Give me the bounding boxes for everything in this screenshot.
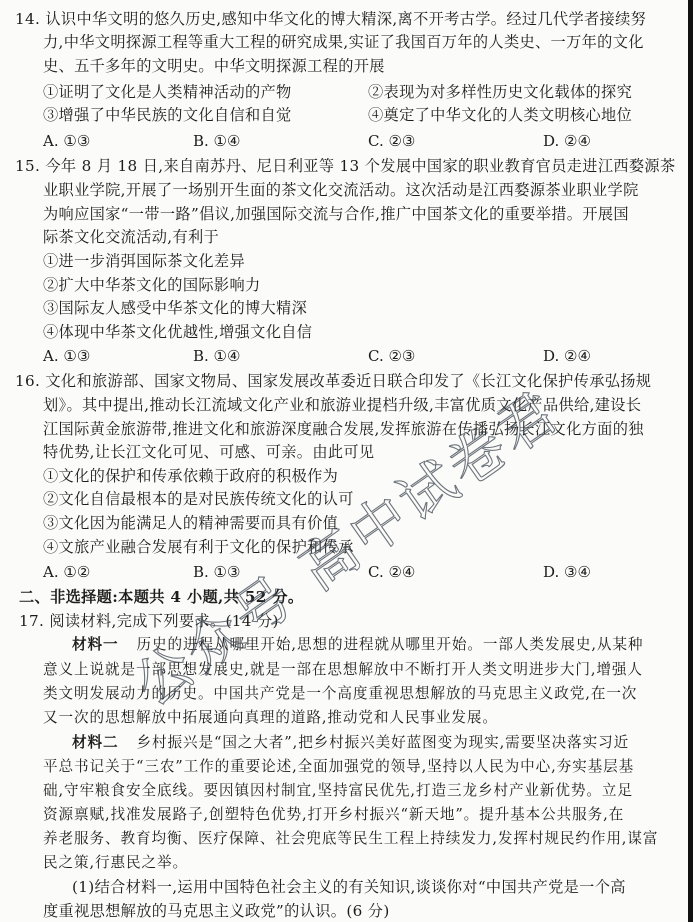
question-14-answer-b: B. ①④ [193, 130, 240, 152]
question-15-answer-b: B. ①④ [193, 345, 240, 367]
question-16-answer-d: D. ③④ [543, 561, 591, 583]
page-edge-border [688, 0, 693, 922]
question-15-stem-line: 业职业学院,开展了一场别开生面的茶文化交流活动。这次活动是江西婺源茶业职业学院 [43, 179, 639, 201]
material-2-line: 平总书记关于“三农”工作的重要论述,全面加强党的领导,坚持以人民为中心,夯实基层… [43, 756, 634, 778]
question-14-answer-d: D. ②④ [543, 130, 591, 152]
question-16-option-1: ①文化的保护和传承依赖于政府的积极作为 [43, 465, 338, 487]
question-15-option-1: ①进一步消弭国际茶文化差异 [43, 250, 245, 272]
question-15-option-4: ④体现中华茶文化优越性,增强文化自信 [43, 321, 312, 343]
question-14-stem-line: 14. 认识中华文明的悠久历史,感知中华文化的博大精深,离不开考古学。经过几代学… [15, 8, 646, 30]
material-2-label: 材料二 [72, 734, 118, 751]
material-2-line: 养老服务、教育均衡、医疗保障、社会兜底等民生工程上持续发力,发挥村规民约作用,谋… [43, 828, 658, 850]
question-17-title: 17. 阅读材料,完成下列要求。(14 分) [19, 610, 279, 632]
question-15-option-3: ③国际友人感受中华茶文化的博大精深 [43, 297, 307, 319]
material-1-line: 历史的进程从哪里开始,思想的进程就从哪里开始。一部人类发展史,从某种 [136, 636, 643, 653]
material-2-line: 资源禀赋,找准发展路子,创塑特色优势,打开乡村振兴“新天地”。提升基本公共服务,… [43, 804, 624, 826]
question-14-option-3: ③增强了中华民族的文化自信和自觉 [43, 104, 292, 126]
material-1-line: 意义上说就是一部思想发展史,就是一部在思想解放中不断打开人类文明进步大门,增强人 [43, 659, 643, 681]
sub-question-1-line: (1)结合材料一,运用中国特色社会主义的有关知识,谈谈你对“中国共产党是一个高 [72, 876, 626, 898]
question-16-stem-line: 特优势,让长江文化可见、可感、可亲。由此可见 [43, 441, 374, 463]
section-heading: 二、非选择题:本题共 4 小题,共 52 分。 [19, 586, 303, 608]
question-15-stem-line: 为响应国家“一带一路”倡议,加强国际交流与合作,推广中国茶文化的重要举措。开展国 [43, 203, 629, 225]
question-16-stem-line: 江国际黄金旅游带,推进文化和旅游深度融合发展,发挥旅游在传播弘扬长江文化方面的独 [43, 418, 644, 440]
material-1-line: 类文明发展动力的历史。中国共产党是一个高度重视思想解放的马克思主义政党,在一次 [43, 683, 637, 705]
question-15-option-2: ②扩大中华茶文化的国际影响力 [43, 274, 261, 296]
exam-page: 14. 认识中华文明的悠久历史,感知中华文化的博大精深,离不开考古学。经过几代学… [0, 0, 688, 922]
question-16-answer-b: B. ①③ [193, 561, 240, 583]
question-14-stem-line: 史、五千多年的文明史。中华文明探源工程的开展 [43, 55, 385, 77]
question-16-answer-c: C. ②④ [368, 561, 415, 583]
question-14-answer-c: C. ②③ [368, 130, 415, 152]
question-15-stem-line: 15. 今年 8 月 18 日,来自南苏丹、尼日利亚等 13 个发展中国家的职业… [15, 155, 676, 177]
question-16-stem-line: 16. 文化和旅游部、国家文物局、国家发展改革委近日联合印发了《长江文化保护传承… [15, 370, 651, 392]
question-14-answer-a: A. ①③ [43, 130, 90, 152]
question-14-stem-line: 力,中华文明探源工程等重大工程的研究成果,实证了我国百万年的人类史、一万年的文化 [43, 31, 644, 53]
question-16-option-2: ②文化自信最根本的是对民族传统文化的认可 [43, 488, 354, 510]
question-16-option-4: ④文旅产业融合发展有利于文化的保护和传承 [43, 536, 354, 558]
sub-question-1-line: 度重视思想解放的马克思主义政党”的认识。(6 分) [43, 900, 390, 922]
question-16-answer-a: A. ①② [43, 561, 90, 583]
question-15-answer-a: A. ①③ [43, 345, 90, 367]
question-16-option-3: ③文化因为能满足人的精神需要而具有价值 [43, 512, 338, 534]
question-16-stem-line: 划》。其中提出,推动长江流域文化产业和旅游业提档升级,丰富优质文化产品供给,建设… [43, 394, 641, 416]
material-1-label: 材料一 [72, 636, 118, 653]
question-14-option-2: ②表现为对多样性历史文化载体的探究 [368, 81, 632, 103]
question-15-answer-c: C. ②③ [368, 345, 415, 367]
material-1-line: 又一次的思想解放中拓展通向真理的道路,推动党和人民事业发展。 [43, 707, 498, 729]
question-15-answer-d: D. ②④ [543, 345, 591, 367]
material-2-line: 民之策,行惠民之举。 [43, 852, 188, 874]
material-2-line: 础,守牢粮食安全底线。要因镇因村制宜,坚持富民优先,打造三龙乡村产业新优势。立足 [43, 780, 633, 802]
question-14-option-1: ①证明了文化是人类精神活动的产物 [43, 81, 292, 103]
question-14-option-4: ④奠定了中华文化的人类文明核心地位 [368, 104, 632, 126]
question-15-stem-line: 际茶文化交流活动,有利于 [43, 226, 219, 248]
material-2-line: 乡村振兴是“国之大者”,把乡村振兴美好蓝图变为现实,需要坚决落实习近 [136, 734, 629, 751]
